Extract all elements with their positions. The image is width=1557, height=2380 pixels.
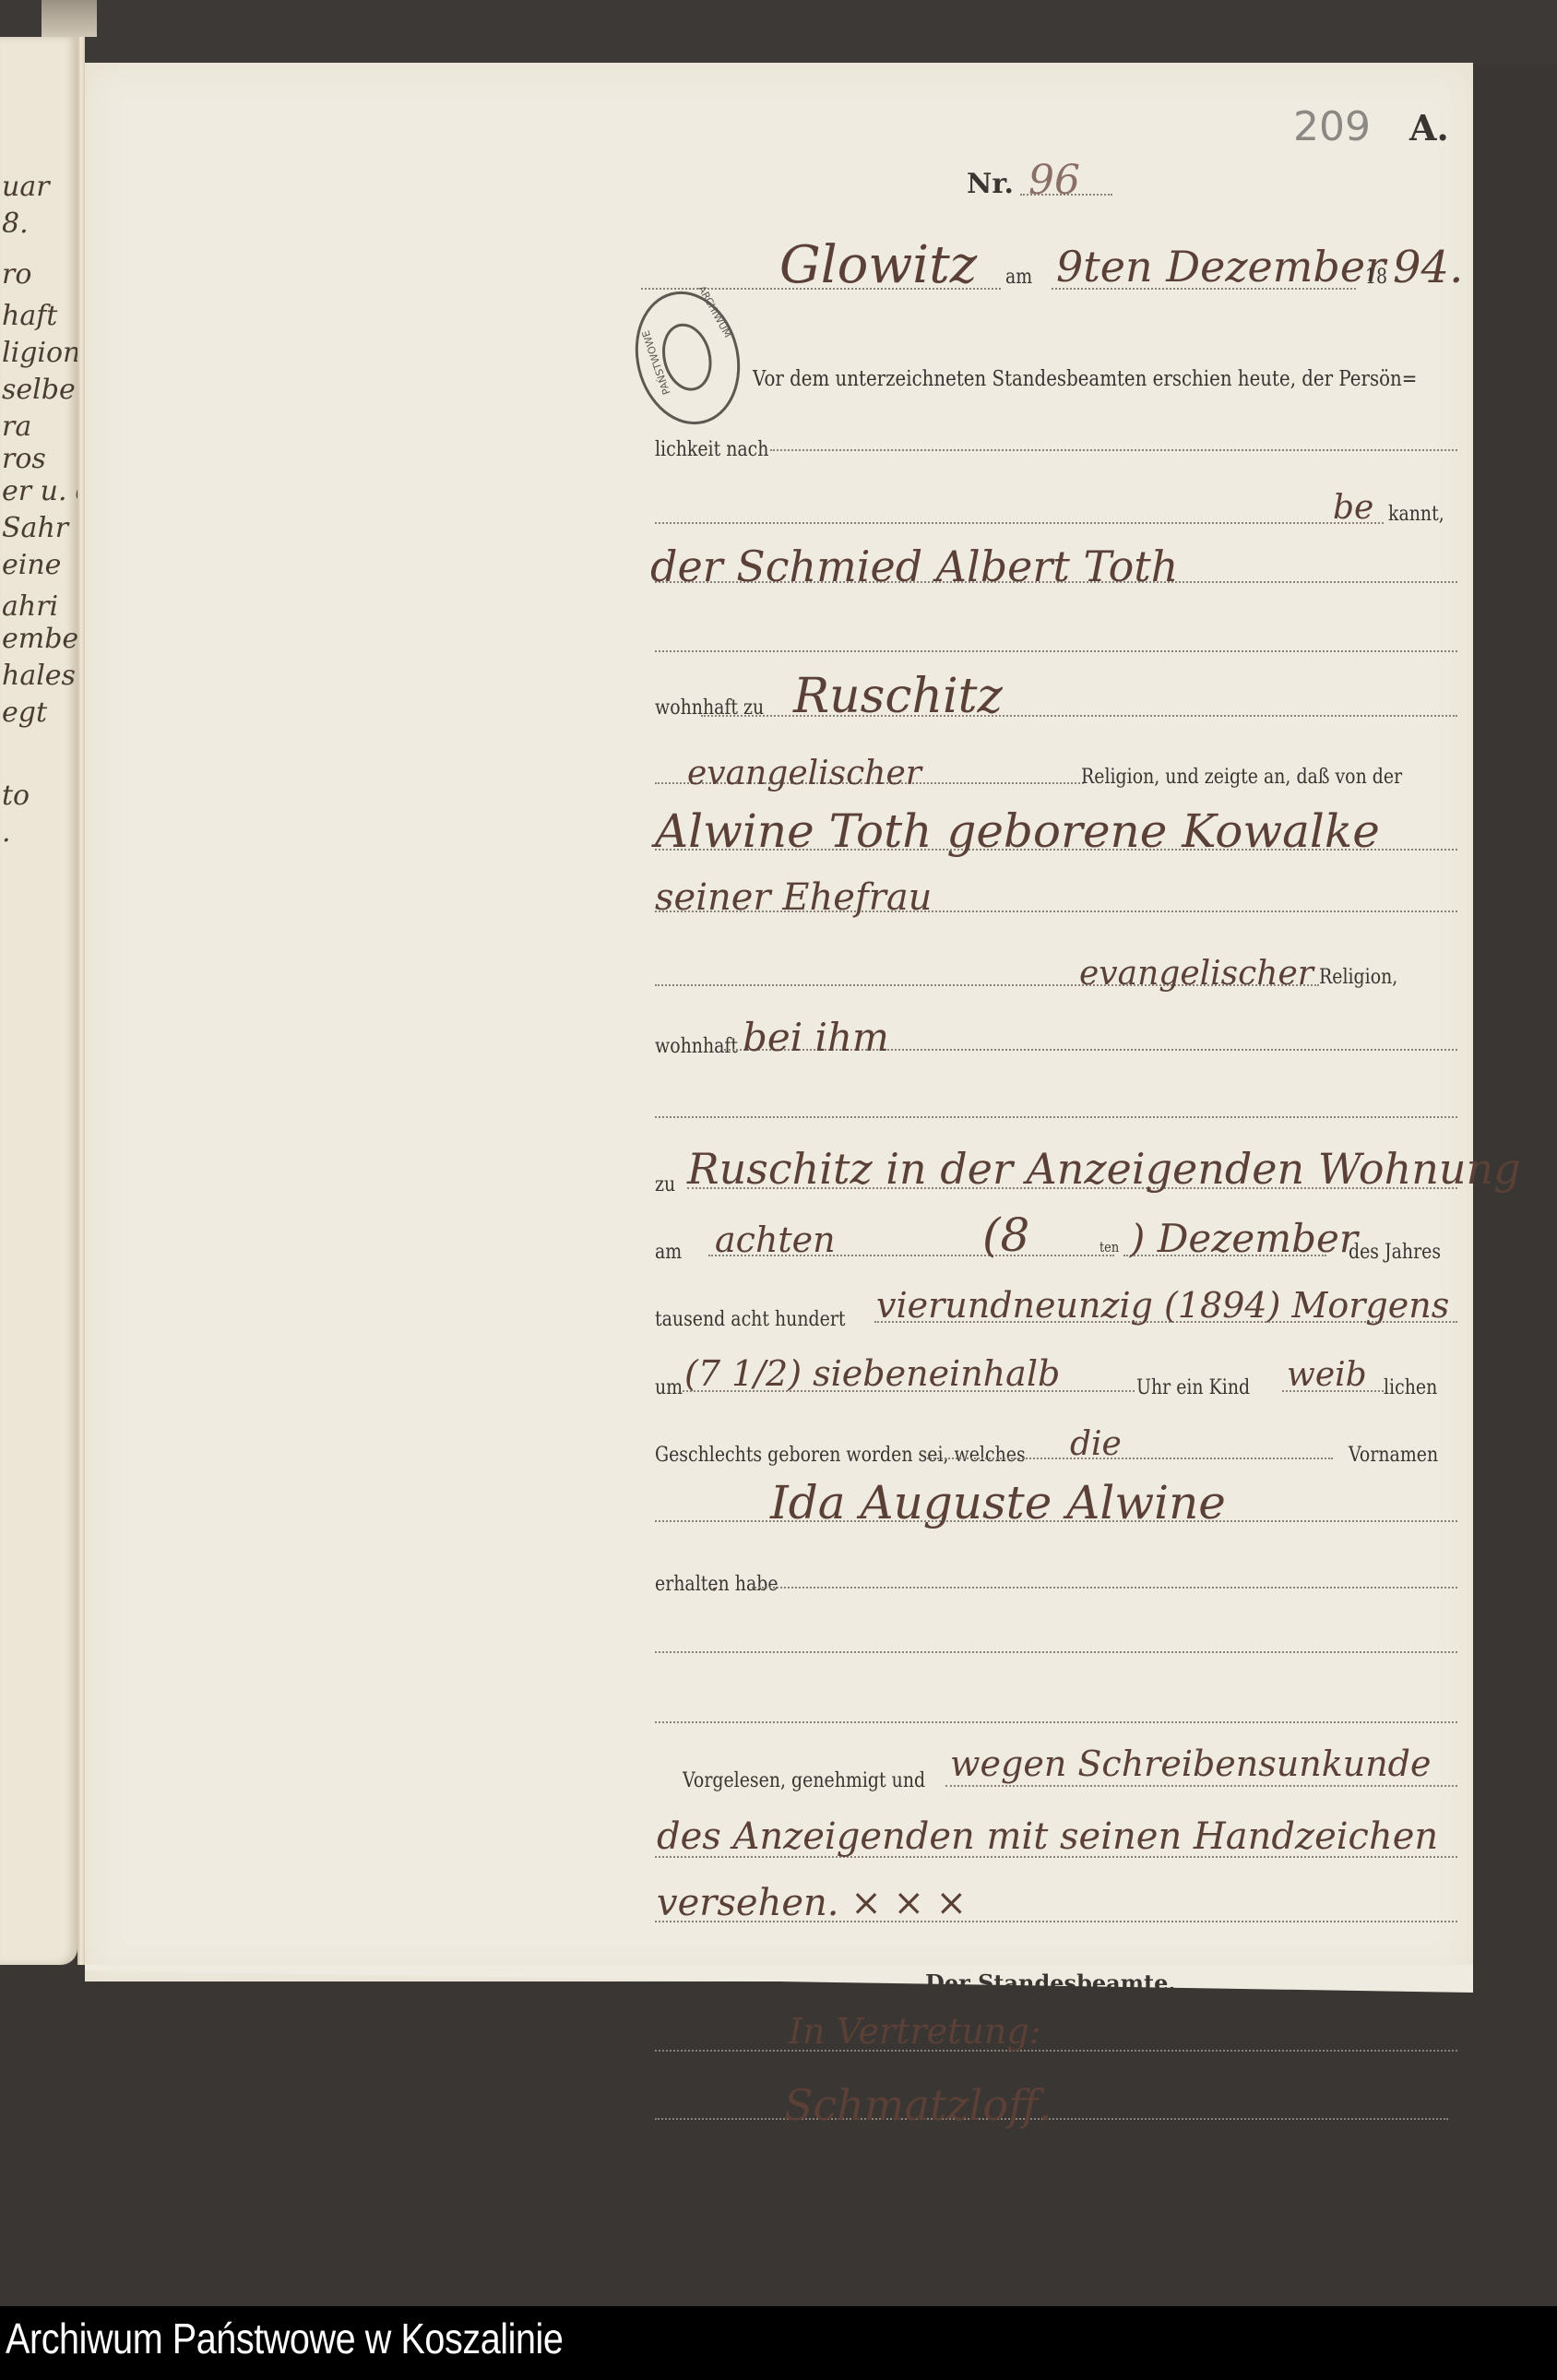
approval-label: Vorgelesen, genehmigt und xyxy=(683,1769,925,1792)
approval-text-2: des Anzeigenden mit seinen Handzeichen xyxy=(657,1815,1438,1858)
left-page-text: ros xyxy=(2,443,46,475)
left-page-text: eine xyxy=(2,549,61,581)
place-name: Glowitz xyxy=(779,235,977,295)
left-page-text: ra xyxy=(2,411,31,443)
religion-label: Religion, xyxy=(1319,966,1397,989)
left-page-text: 8. xyxy=(2,208,29,240)
article: die xyxy=(1070,1425,1122,1463)
religion-statement: Religion, und zeigte an, daß von der xyxy=(1081,766,1402,789)
line xyxy=(655,1651,1457,1653)
year-prefix: 18 xyxy=(1365,266,1387,289)
gender-line: Geschlechts geboren worden sei, welches xyxy=(655,1444,1026,1467)
scanner-background-top xyxy=(0,0,1557,65)
year-label: des Jahres xyxy=(1349,1241,1441,1264)
left-page-text: . xyxy=(2,816,11,849)
archive-name: Archiwum Państwowe w Koszalinie xyxy=(6,2314,563,2363)
form-line-personality: lichkeit nach xyxy=(655,438,768,461)
birthplace-label: zu xyxy=(655,1173,675,1196)
book-page-edges xyxy=(42,0,97,37)
am-label: am xyxy=(1005,266,1032,289)
informant-religion: evangelischer xyxy=(687,755,921,792)
approval-text-3: versehen. × × × xyxy=(657,1882,967,1924)
received-mark: . xyxy=(710,1566,719,1597)
left-page-fragment: uar 8. ro haft ligion selbe ra ros er u.… xyxy=(0,37,77,1965)
left-page-text: ro xyxy=(2,258,31,291)
sex-suffix: lichen xyxy=(1384,1376,1437,1399)
line xyxy=(655,650,1457,652)
forenames-label: Vornamen xyxy=(1349,1444,1438,1467)
page-number-pencil: 209 xyxy=(1293,103,1371,150)
approval-text-1: wegen Schreibensunkunde xyxy=(950,1743,1432,1784)
year-print: tausend acht hundert xyxy=(655,1308,845,1331)
time-label: um xyxy=(655,1376,683,1399)
record-number-value: 96 xyxy=(1028,157,1080,204)
day-suffix: ten xyxy=(1099,1239,1119,1255)
line xyxy=(752,1587,1457,1589)
scanner-background-lower xyxy=(0,2131,1557,2306)
official-signature: Schmatzloff. xyxy=(784,2080,1052,2130)
informant-residence: Ruschitz xyxy=(793,669,1003,724)
line xyxy=(927,1458,1333,1459)
left-page-text: selbe xyxy=(2,374,76,406)
known-handwritten: be xyxy=(1333,489,1373,527)
left-page-text: uar xyxy=(2,171,50,203)
time-statement: Uhr ein Kind xyxy=(1136,1376,1250,1399)
left-page-text: egt xyxy=(2,696,47,729)
child-sex: weib xyxy=(1287,1356,1367,1394)
official-title: Der Standesbeamte. xyxy=(925,1969,1176,1996)
left-page-text: ahri xyxy=(2,590,58,623)
record-number-label: Nr. xyxy=(967,168,1014,200)
birth-time: (7 1/2) siebeneinhalb xyxy=(684,1353,1060,1394)
mother-residence: bei ihm xyxy=(743,1015,889,1060)
archive-footer: Archiwum Państwowe w Koszalinie xyxy=(0,2306,1557,2380)
child-forenames: Ida Auguste Alwine xyxy=(770,1476,1226,1529)
birthplace: Ruschitz in der Anzeigenden Wohnung xyxy=(687,1144,1521,1194)
form-line-intro: Vor dem unterzeichneten Standesbeamten e… xyxy=(753,367,1417,391)
line xyxy=(770,449,1457,451)
mother-relation: seiner Ehefrau xyxy=(655,876,932,919)
known-label: kannt, xyxy=(1388,503,1444,526)
book-gutter xyxy=(77,37,85,1965)
left-page-text: embe xyxy=(2,623,78,655)
line xyxy=(655,1116,1457,1118)
birth-day-word: achten xyxy=(715,1220,836,1260)
date-label: am xyxy=(655,1241,682,1264)
mother-name: Alwine Toth geborene Kowalke xyxy=(655,804,1380,858)
line xyxy=(655,1721,1457,1723)
birth-year-words: vierundneunzig (1894) Morgens xyxy=(876,1285,1449,1326)
date-day-month: 9ten Dezember xyxy=(1056,242,1385,292)
mother-religion: evangelischer xyxy=(1079,955,1313,993)
birth-day-number: (8 xyxy=(982,1208,1029,1262)
year-suffix: 94. xyxy=(1393,242,1463,293)
scanner-background-bottom xyxy=(0,1993,1557,2131)
left-page-text: to xyxy=(2,779,30,812)
official-note: In Vertretung: xyxy=(789,2011,1040,2052)
left-page-text: hales xyxy=(2,660,76,692)
line xyxy=(655,2050,1457,2052)
residence2-label: wohnhaft xyxy=(655,1035,738,1058)
informant-name: der Schmied Albert Toth xyxy=(650,541,1178,591)
left-page-text: Sahr xyxy=(2,512,68,544)
left-page-text: ligion xyxy=(2,337,80,369)
line xyxy=(655,522,1384,524)
line xyxy=(945,1785,1457,1787)
left-page-text: haft xyxy=(2,300,57,332)
page-number-suffix: A. xyxy=(1409,107,1449,149)
birth-month: ) Dezember xyxy=(1130,1216,1358,1261)
